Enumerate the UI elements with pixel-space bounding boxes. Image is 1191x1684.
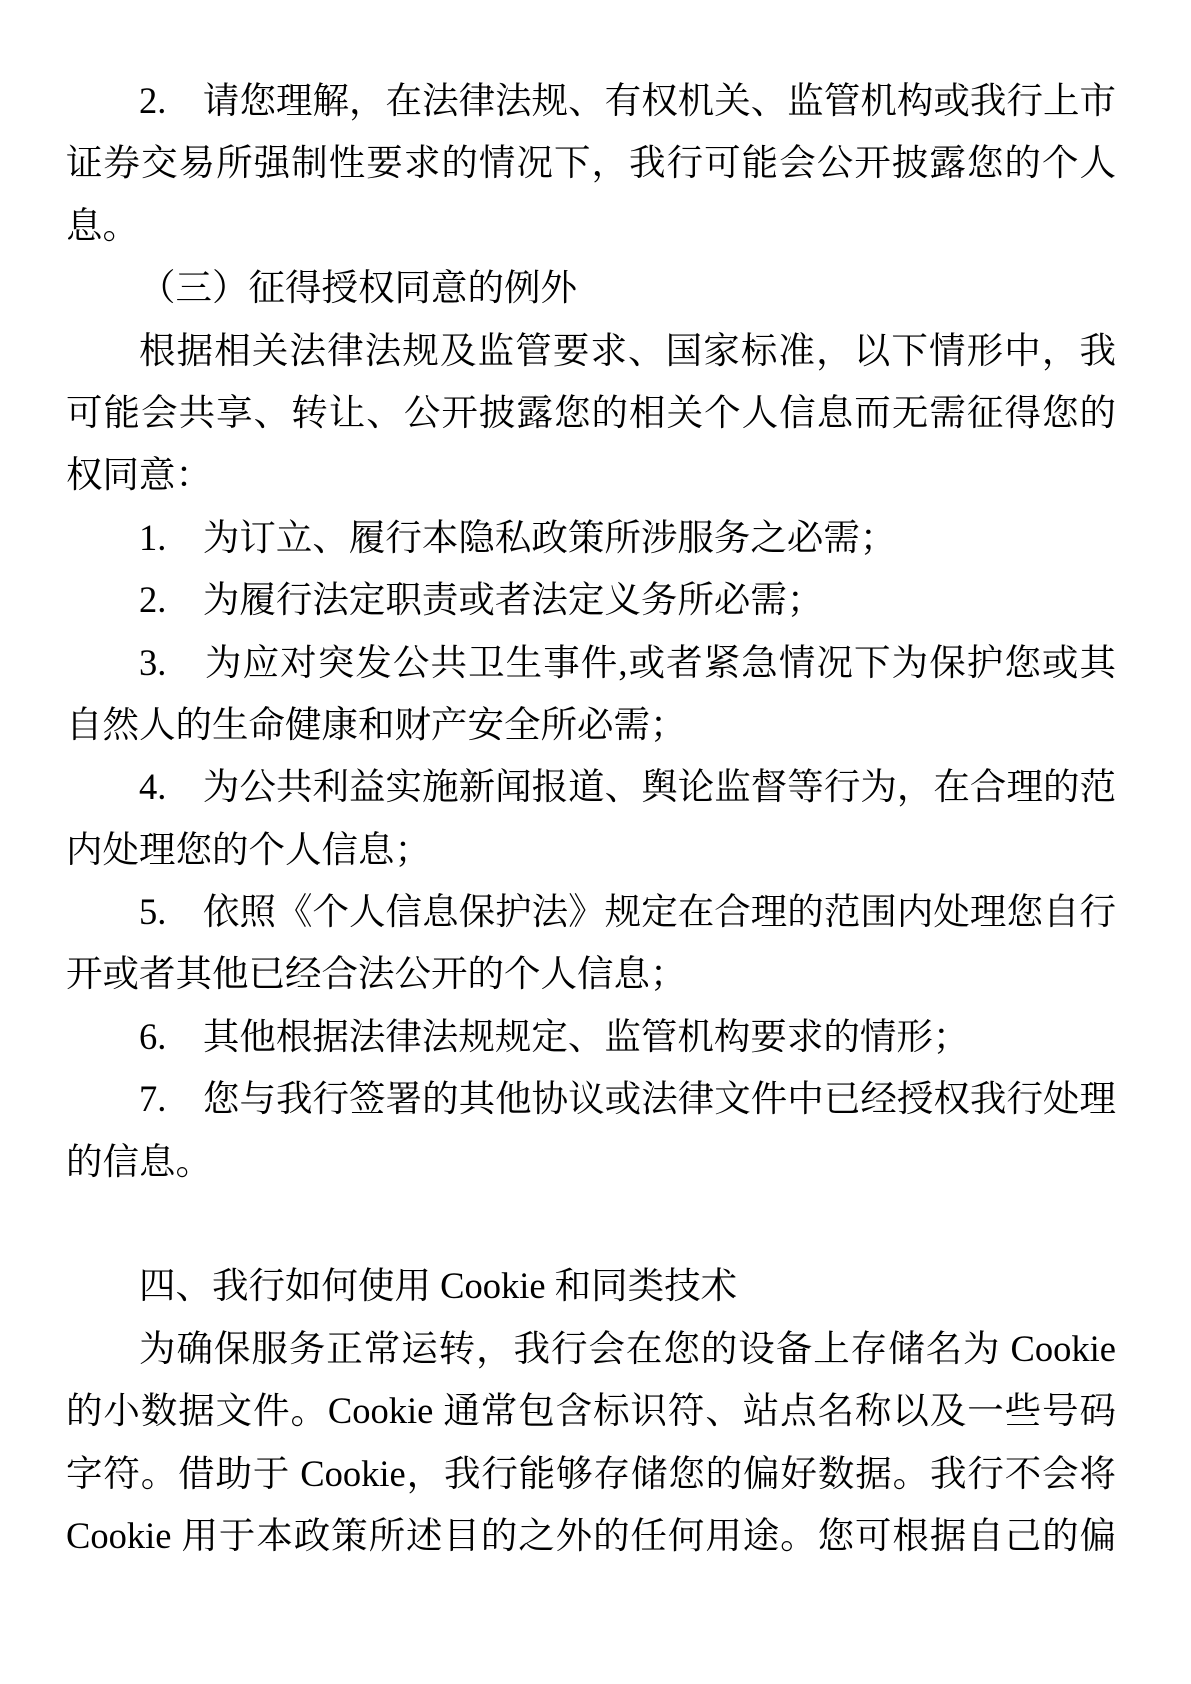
text-line: 的小数据文件。Cookie 通常包含标识符、站点名称以及一些号码和 bbox=[66, 1380, 1116, 1442]
document-page: 2. 请您理解，在法律法规、有权机关、监管机构或我行上市的 证券交易所强制性要求… bbox=[0, 0, 1191, 1684]
list-item: 4. 为公共利益实施新闻报道、舆论监督等行为，在合理的范围 bbox=[66, 756, 1116, 818]
text-line: 2. 请您理解，在法律法规、有权机关、监管机构或我行上市的 bbox=[66, 70, 1116, 132]
blank-line bbox=[66, 1193, 1116, 1255]
text-line: 可能会共享、转让、公开披露您的相关个人信息而无需征得您的授 bbox=[66, 382, 1116, 444]
list-item: 5. 依照《个人信息保护法》规定在合理的范围内处理您自行公 bbox=[66, 881, 1116, 943]
text-line: 证券交易所强制性要求的情况下，我行可能会公开披露您的个人信 bbox=[66, 132, 1116, 194]
text-line: 字符。借助于 Cookie，我行能够存储您的偏好数据。我行不会将 bbox=[66, 1443, 1116, 1505]
text-line: 为确保服务正常运转，我行会在您的设备上存储名为 Cookie bbox=[66, 1318, 1116, 1380]
text-line: 内处理您的个人信息； bbox=[66, 819, 1116, 881]
list-item: 7. 您与我行签署的其他协议或法律文件中已经授权我行处理 bbox=[66, 1068, 1116, 1130]
text-line: Cookie 用于本政策所述目的之外的任何用途。您可根据自己的偏好 bbox=[66, 1505, 1116, 1567]
text-line: 权同意： bbox=[66, 444, 1116, 506]
list-item: 3. 为应对突发公共卫生事件,或者紧急情况下为保护您或其他 bbox=[66, 632, 1116, 694]
list-item: 1. 为订立、履行本隐私政策所涉服务之必需； bbox=[66, 507, 1116, 569]
list-item: 6. 其他根据法律法规规定、监管机构要求的情形； bbox=[66, 1006, 1116, 1068]
text-line: 开或者其他已经合法公开的个人信息； bbox=[66, 943, 1116, 1005]
section-heading: （三）征得授权同意的例外 bbox=[66, 257, 1116, 319]
text-line: 自然人的生命健康和财产安全所必需； bbox=[66, 694, 1116, 756]
text-line: 的信息。 bbox=[66, 1131, 1116, 1193]
document-body: 2. 请您理解，在法律法规、有权机关、监管机构或我行上市的 证券交易所强制性要求… bbox=[66, 70, 1116, 1567]
section-heading: 四、我行如何使用 Cookie 和同类技术 bbox=[66, 1255, 1116, 1317]
text-line: 息。 bbox=[66, 195, 1116, 257]
list-item: 2. 为履行法定职责或者法定义务所必需； bbox=[66, 569, 1116, 631]
text-line: 根据相关法律法规及监管要求、国家标准，以下情形中，我行 bbox=[66, 320, 1116, 382]
